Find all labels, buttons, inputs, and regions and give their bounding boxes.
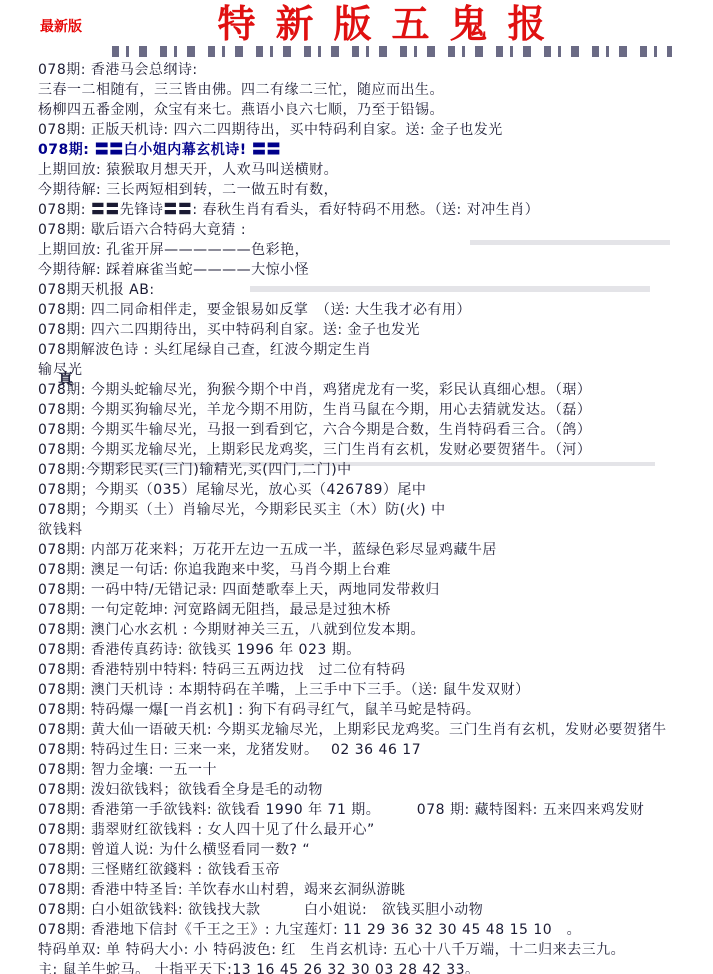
report-line-text: 078期: 歇后语六合特码大竟猜 : [38,222,246,238]
report-line-text: 上期回放: 猿猴取月想天开，人欢马叫送横财。 [38,162,338,178]
report-line: 今期待解: 三长两短相到转，二一做五时有数， [38,180,709,200]
report-line: 078期: 〓〓白小姐内幕玄机诗! 〓〓 [38,140,709,160]
report-line-text: 078期: 澳门心水玄机 : 今期财神关三五，八就到位发本期。 [38,622,425,638]
report-line-text: 078期: 正版天机诗: 四六二四期待出，买中特码利自家。送: 金子也发光 [38,122,503,138]
report-line: 上期回放: 孔雀开屏——————色彩艳， [38,240,709,260]
report-line-text: 078期: 今期买狗输尽光，羊龙今期不用防，生肖马鼠在今期，用心去猜就发达。（磊… [38,402,591,418]
report-line: 杨柳四五番金刚，众宝有来七。燕语小良六七顺，乃至于铅锡。 [38,100,709,120]
report-line-text: 078期: 澳足一句话: 你追我跑来中奖，马肖今期上台难 [38,562,391,578]
report-line: 078期: 三怪赌红欲錢料 : 欲钱看玉帝 [38,860,709,880]
report-line: 欲钱料 [38,520,709,540]
report-line-text: 078期: 翡翠财红欲钱料 : 女人四十见了什么最开心” [38,822,375,838]
report-line-text: 今期待解: 踩着麻雀当蛇————大惊小怪 [38,262,309,278]
report-line-text: 078期；今期买（土）肖输尽光，今期彩民买主（木）防(火) 中 [38,502,446,518]
report-line-text: 今期待解: 三长两短相到转，二一做五时有数， [38,182,338,198]
report-line-text: 078期: 一句定乾坤: 河宽路阔无阻挡，最忌是过独木桥 [38,602,391,618]
report-body: 078期: 香港马会总纲诗:三春一二相随有，三三皆由佛。四二有缘二三忙，随应而出… [0,57,713,974]
report-line-text: 078期: 今期头蛇输尽光，狗猴今期个中肖，鸡猪虎龙有一奖，彩民认真细心想。（琚… [38,382,591,398]
report-line: 078期: 泼妇欲钱料；欲钱看全身是毛的动物 [38,780,709,800]
report-line-text: 078期: 曾道人说: 为什么横竖看同一数? “ [38,842,310,858]
report-line-text: 078期: 香港传真药诗: 欲钱买 1996 年 023 期。 [38,642,361,658]
report-line: 078期: 特码过生日: 三来一来，龙猪发财。 02 36 46 17 [38,740,709,760]
report-line: 078期: 一句定乾坤: 河宽路阔无阻挡，最忌是过独木桥 [38,600,709,620]
report-line-text: 078期: 〓〓白小姐内幕玄机诗! 〓〓 [38,142,281,158]
report-line-text: 078期: 智力金壤: 一五一十 [38,762,217,778]
report-line: 今期待解: 踩着麻雀当蛇————大惊小怪 [38,260,709,280]
report-line-text: 078期: 香港中特圣旨: 羊饮春水山村碧，竭来玄洞纵游眺 [38,882,406,898]
report-line: 078期: 今期买龙输尽光，上期彩民龙鸡奖，三门生肖有玄机，发财必要贺猪牛。（河… [38,440,709,460]
report-line-text: 078期解波色诗 : 头红尾绿自己查，红波今期定生肖 [38,342,371,358]
report-line: 078期: 一码中特/无错记录: 四面楚歌奉上天，两地同发带救归 [38,580,709,600]
report-line: 输尽光 [38,360,709,380]
report-line-text: 078期: 香港特别中特料: 特码三五两边找 过二位有特码 [38,662,406,678]
report-line-text: 特码单双: 单 特码大小: 小 特码波色: 红 生肖玄机诗: 五心十八千万端，十… [38,942,625,958]
report-line: 078期；今期买（土）肖输尽光，今期彩民买主（木）防(火) 中 [38,500,709,520]
report-line-text: 078期: 澳门天机诗 : 本期特码在羊嘴，上三手中下三手。（送: 鼠牛发双财） [38,682,530,698]
report-line: 078期: 澳门心水玄机 : 今期财神关三五，八就到位发本期。 [38,620,709,640]
report-line-text: 078期: 〓〓先锋诗〓〓: 春秋生肖有看头，看好特码不用愁。（送: 对冲生肖） [38,202,539,218]
five-ghost-report-page: { "page": { "edition_tag": "最新版", "title… [0,0,713,974]
report-line: 078期: 香港中特圣旨: 羊饮春水山村碧，竭来玄洞纵游眺 [38,880,709,900]
report-line-text: 078期: 特码过生日: 三来一来，龙猪发财。 02 36 46 17 [38,742,421,758]
report-line: 078期: 香港特别中特料: 特码三五两边找 过二位有特码 [38,660,709,680]
report-line: 078期: 歇后语六合特码大竟猜 : [38,220,709,240]
report-line-text: 欲钱料 [38,522,83,538]
report-line: 078期: 澳门天机诗 : 本期特码在羊嘴，上三手中下三手。（送: 鼠牛发双财） [38,680,709,700]
report-line: 078期: 内部万花来料；万花开左边一五成一半，蓝绿色彩尽显鸡藏牛居 [38,540,709,560]
report-line: 078期: 四六二四期待出，买中特码利自家。送: 金子也发光 [38,320,709,340]
report-line: 主: 鼠羊牛蛇马。 十指平天下:13 16 45 26 32 30 03 28 … [38,960,709,974]
report-line: 078期: 香港第一手欲钱料: 欲钱看 1990 年 71 期。 078 期: … [38,800,709,820]
report-line-text: 078期:今期彩民买(三门)输精光,买(四门,二门)中 [38,462,352,478]
report-line: 078期: 特码爆一爆[一肖玄机] : 狗下有码寻红气，鼠羊马蛇是特码。 [38,700,709,720]
report-line: 078期: 今期头蛇输尽光，狗猴今期个中肖，鸡猪虎龙有一奖，彩民认真细心想。（琚… [38,380,709,400]
report-line: 上期回放: 猿猴取月想天开，人欢马叫送横财。 [38,160,709,180]
report-line: 078期: 智力金壤: 一五一十 [38,760,709,780]
report-line: 078期:今期彩民买(三门)输精光,买(四门,二门)中 [38,460,709,480]
report-line: 078期: 曾道人说: 为什么横竖看同一数? “ [38,840,709,860]
report-line-text: 078期天机报 AB: [38,282,155,298]
report-line: 078期: 四二同命相伴走，要金银易如反掌 （送: 大生我才必有用） [38,300,709,320]
report-line: 特码单双: 单 特码大小: 小 特码波色: 红 生肖玄机诗: 五心十八千万端，十… [38,940,709,960]
report-line: 078期解波色诗 : 头红尾绿自己查，红波今期定生肖 [38,340,709,360]
report-line-text: 主: 鼠羊牛蛇马。 十指平天下:13 16 45 26 32 30 03 28 … [38,962,480,974]
report-line-text: 杨柳四五番金刚，众宝有来七。燕语小良六七顺，乃至于铅锡。 [38,102,444,118]
report-line: 078期: 香港传真药诗: 欲钱买 1996 年 023 期。 [38,640,709,660]
report-line-text: 078期: 黄大仙一语破天机: 今期买龙输尽光，上期彩民龙鸡奖。三门生肖有玄机，… [38,722,667,738]
report-line-text: 078期: 内部万花来料；万花开左边一五成一半，蓝绿色彩尽显鸡藏牛居 [38,542,497,558]
report-line: 078期: 澳足一句话: 你追我跑来中奖，马肖今期上台难 [38,560,709,580]
report-line: 078期天机报 AB: [38,280,709,300]
report-line-text: 078期: 香港马会总纲诗: [38,62,198,78]
report-line-text: 078期: 特码爆一爆[一肖玄机] : 狗下有码寻红气，鼠羊马蛇是特码。 [38,702,480,718]
report-line: 078期: 香港地下信封《千王之王》: 九宝莲灯: 11 29 36 32 30… [38,920,709,940]
report-line: 078期: 翡翠财红欲钱料 : 女人四十见了什么最开心” [38,820,709,840]
report-line-text: 078期: 四二同命相伴走，要金银易如反掌 （送: 大生我才必有用） [38,302,471,318]
report-line-text: 078期: 香港第一手欲钱料: 欲钱看 1990 年 71 期。 078 期: … [38,802,644,818]
report-line-text: 078期: 白小姐欲钱料: 欲钱找大款 白小姐说: 欲钱买胆小动物 [38,902,483,918]
report-line: 078期: 〓〓先锋诗〓〓: 春秋生肖有看头，看好特码不用愁。（送: 对冲生肖） [38,200,709,220]
edition-tag: 最新版 [40,16,82,36]
report-line: 078期: 白小姐欲钱料: 欲钱找大款 白小姐说: 欲钱买胆小动物 [38,900,709,920]
report-line-text: 078期: 今期买牛输尽光，马报一到看到它，六合今期是合数，生肖特码看三合。（鸽… [38,422,591,438]
report-line-text: 三春一二相随有，三三皆由佛。四二有缘二三忙，随应而出生。 [38,82,444,98]
report-line: 078期: 今期买牛输尽光，马报一到看到它，六合今期是合数，生肖特码看三合。（鸽… [38,420,709,440]
report-line: 078期；今期买（035）尾输尽光，放心买（426789）尾中 [38,480,709,500]
report-line-text: 078期: 三怪赌红欲錢料 : 欲钱看玉帝 [38,862,280,878]
overlapping-print-artifact: 真 [58,368,73,389]
masthead: 最新版 特新版五鬼报 [0,0,713,46]
report-line-text: 078期: 今期买龙输尽光，上期彩民龙鸡奖，三门生肖有玄机，发财必要贺猪牛。（河… [38,442,591,458]
report-line-text: 078期: 四六二四期待出，买中特码利自家。送: 金子也发光 [38,322,420,338]
report-line-text: 078期；今期买（035）尾输尽光，放心买（426789）尾中 [38,482,426,498]
report-line: 078期: 正版天机诗: 四六二四期待出，买中特码利自家。送: 金子也发光 [38,120,709,140]
report-line-text: 078期: 一码中特/无错记录: 四面楚歌奉上天，两地同发带救归 [38,582,440,598]
report-line: 三春一二相随有，三三皆由佛。四二有缘二三忙，随应而出生。 [38,80,709,100]
report-line-text: 上期回放: 孔雀开屏——————色彩艳， [38,242,309,258]
report-line: 078期: 香港马会总纲诗: [38,60,709,80]
report-line-text: 078期: 香港地下信封《千王之王》: 九宝莲灯: 11 29 36 32 30… [38,922,581,938]
report-line: 078期: 今期买狗输尽光，羊龙今期不用防，生肖马鼠在今期，用心去猜就发达。（磊… [38,400,709,420]
obscured-text-fragments [112,46,672,57]
report-line: 078期: 黄大仙一语破天机: 今期买龙输尽光，上期彩民龙鸡奖。三门生肖有玄机，… [38,720,709,740]
page-title: 特新版五鬼报 [0,0,713,48]
report-line-text: 078期: 泼妇欲钱料；欲钱看全身是毛的动物 [38,782,323,798]
